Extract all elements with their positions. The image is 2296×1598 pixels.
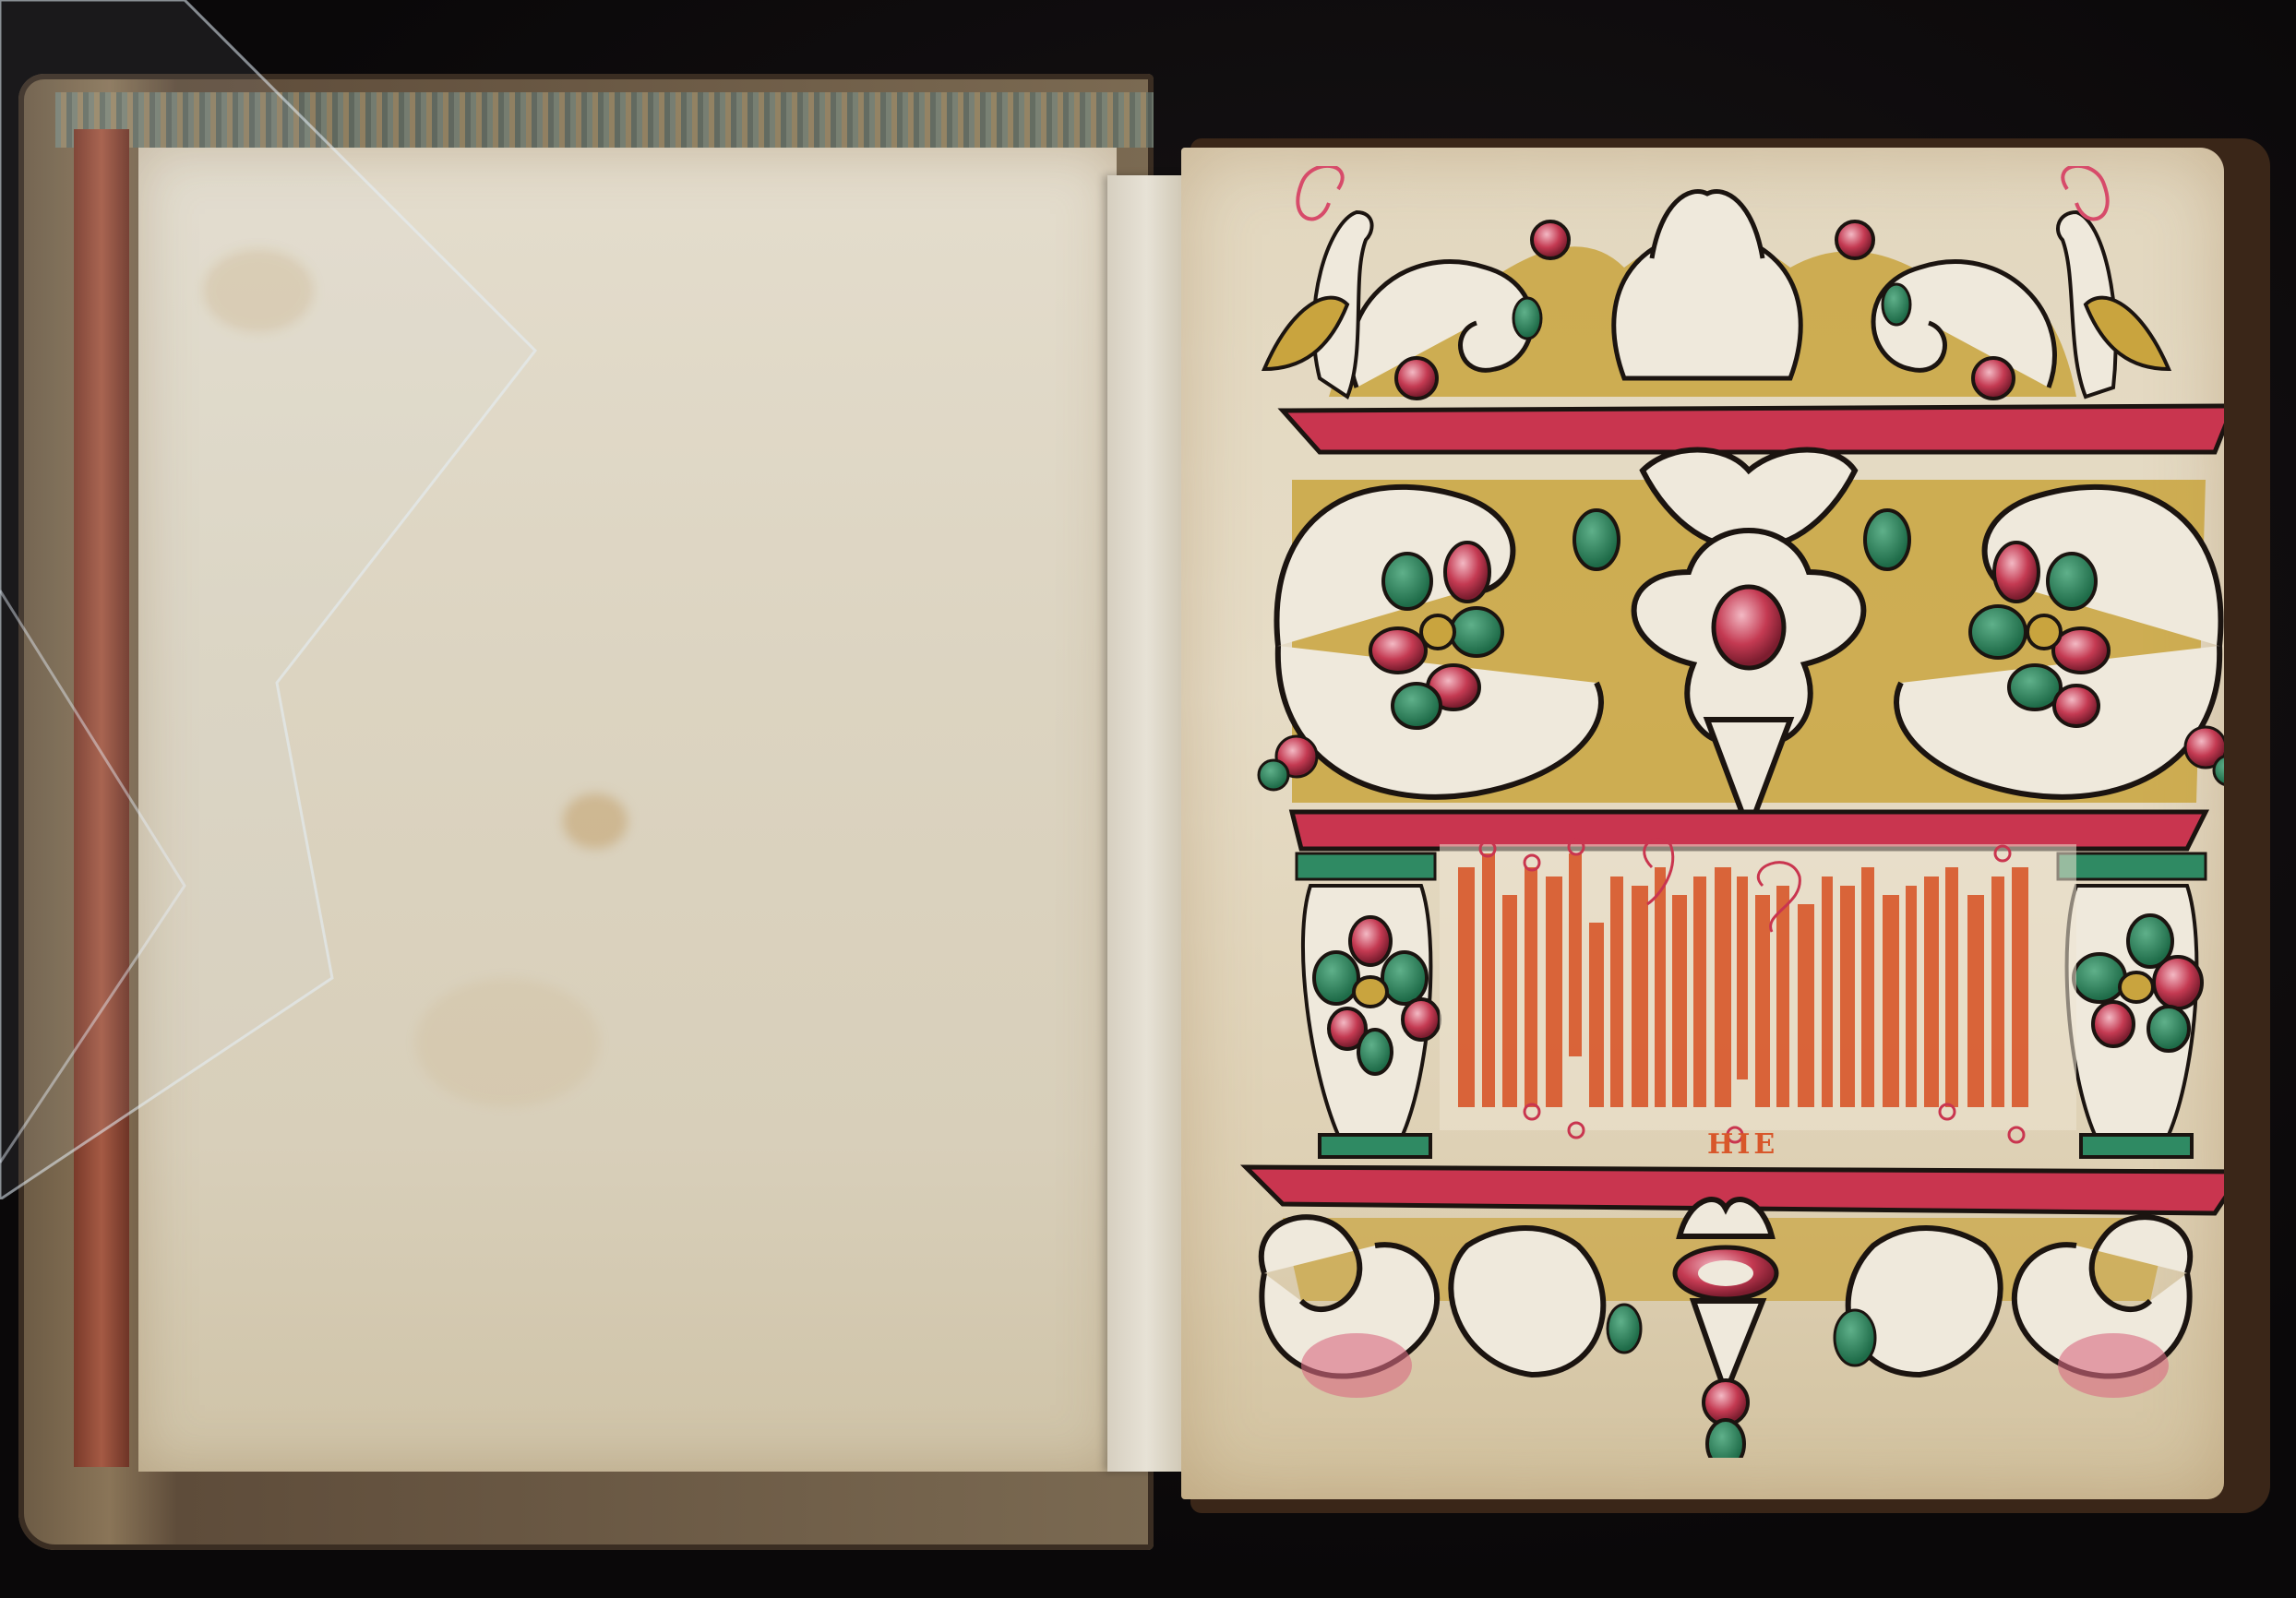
bottom-frieze [1262,1199,2190,1458]
column-right [2067,886,2202,1157]
left-page-blank [138,148,1117,1472]
red-band-top [1283,406,2224,452]
top-frieze [1264,166,2169,399]
red-band-middle [1292,812,2206,849]
central-frieze [1259,450,2224,831]
title-ligature-label: вязь (decorative ligatured title) [0,0,1,1]
bird-left [1264,212,1372,397]
foxing-stain [415,978,600,1107]
bird-right [2058,212,2169,397]
foxing-stain [563,793,628,849]
column-left [1303,886,1440,1157]
foxing-stain [203,249,314,332]
title-subscript: НІЕ [1707,1128,1778,1161]
cover-red-edge [74,129,129,1467]
woodcut-headpiece: НІЕ [1190,166,2224,1458]
page-stub [1107,175,1186,1472]
